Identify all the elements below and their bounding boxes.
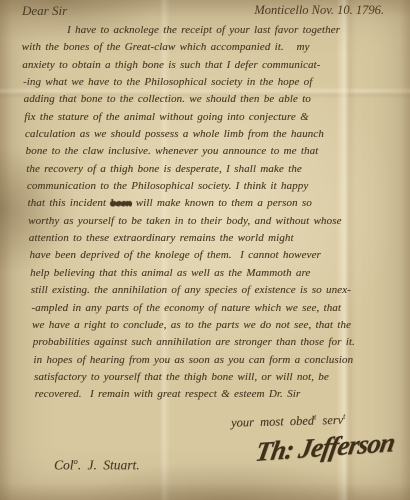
letter-line: recovered. I remain with great respect &…	[21, 386, 406, 403]
letter-line: fix the stature of the animal without go…	[21, 109, 406, 126]
valediction-text: your most obed	[231, 413, 314, 429]
letter-line: probabilities against such annihilation …	[21, 334, 406, 351]
letter-header: Dear Sir Monticello Nov. 10. 1796.	[22, 3, 384, 19]
valediction-text: serv	[316, 413, 343, 428]
letter-line: attention to these extraordinary remains…	[21, 230, 406, 247]
valediction: your most obedt servt	[231, 412, 346, 431]
letter-line: help believing that this animal as well …	[21, 265, 406, 282]
letter-line: have been deprived of the knolege of the…	[21, 247, 406, 264]
addressee: Colo. J. Stuart.	[54, 457, 140, 474]
letter-body: I have to acknolege the receipt of your …	[21, 22, 406, 404]
letter-paper: Dear Sir Monticello Nov. 10. 1796. I hav…	[0, 0, 410, 500]
letter-line: -ing what we have to the Philosophical s…	[21, 74, 406, 91]
letter-line: still existing. the annihilation of any …	[21, 282, 406, 299]
letter-line: adding that bone to the collection. we s…	[21, 91, 406, 108]
addressee-text: Col	[54, 458, 74, 473]
letter-line: calculation as we should possess a whole…	[21, 126, 406, 143]
signature: Th: Jefferson	[253, 427, 397, 468]
letter-line: the recovery of a thigh bone is desperat…	[21, 161, 406, 178]
letter-line: bone to the claw inclusive. whenever you…	[21, 143, 406, 160]
valediction-superscript: t	[343, 412, 345, 421]
letter-line: that this incident been will make known …	[21, 195, 406, 212]
letter-line: satisfactory to yourself that the thigh …	[21, 369, 406, 386]
letter-line: with the bones of the Great-claw which a…	[21, 39, 406, 56]
letter-line: -ampled in any parts of the economy of n…	[21, 300, 406, 317]
salutation: Dear Sir	[22, 3, 67, 19]
dateline: Monticello Nov. 10. 1796.	[254, 3, 384, 19]
letter-line: communication to the Philosophical socie…	[21, 178, 406, 195]
letter-line: I have to acknolege the receipt of your …	[21, 22, 406, 39]
letter-line: we have a right to conclude, as to the p…	[21, 317, 406, 334]
letter-line: in hopes of hearing from you as soon as …	[21, 352, 406, 369]
letter-line: worthy as yourself to be taken in to the…	[21, 213, 406, 230]
letter-line: anxiety to obtain a thigh bone is such t…	[21, 57, 406, 74]
addressee-text: . J. Stuart.	[78, 458, 140, 473]
struck-word: been	[110, 197, 131, 209]
